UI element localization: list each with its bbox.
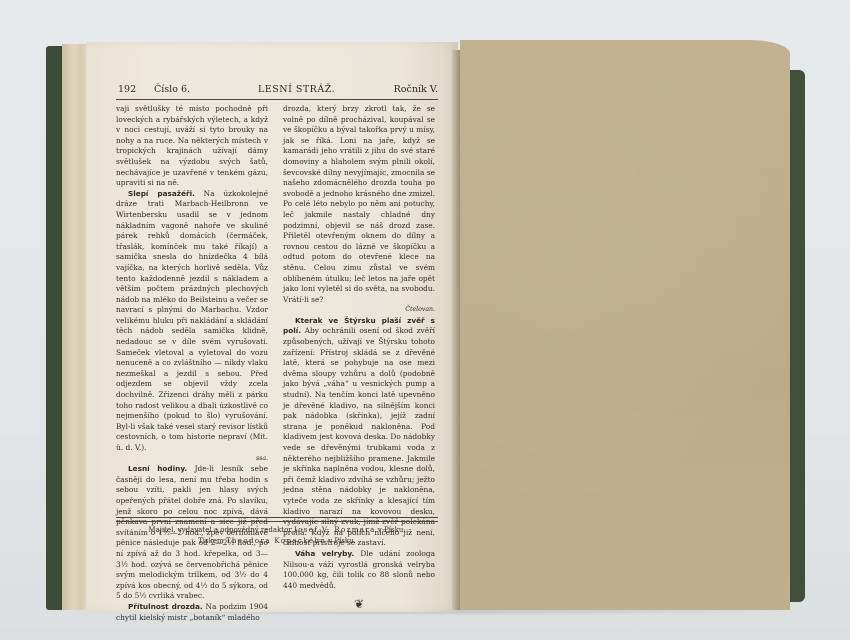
footer-double-rule: [116, 517, 438, 522]
volume-label: Ročník V.: [394, 84, 438, 95]
paragraph: vaji světlušky té místo pochodně při lov…: [116, 104, 268, 189]
article-signature: Čtelovan.: [283, 305, 435, 316]
article-heading: Lesní hodiny.: [128, 464, 187, 473]
imprint-line-1: Majitel, vydavatel a odpovědný redaktor …: [116, 525, 438, 536]
article-heading: Přítulnost drozda.: [128, 602, 203, 611]
right-endpaper: [460, 40, 790, 610]
periodical-title: LESNÍ STRÁŽ.: [258, 84, 335, 95]
article-vaha-velryby: Váha velryby. Dle udání zoologa Nilsou-a…: [283, 549, 435, 591]
article-heading: Slepí pasažéři.: [128, 189, 195, 198]
article-signature: ssa.: [116, 454, 268, 465]
header-rule: [116, 99, 438, 100]
article-pritulnost-drozda: Přítulnost drozda. Na podzim 1904 chytil…: [116, 602, 268, 623]
page-number: 192: [118, 84, 136, 95]
ornament-icon: ❦: [283, 599, 435, 610]
article-styrsko: Kterak ve Štýrsku plaší zvěř s polí. Aby…: [283, 316, 435, 549]
imprint-line-2: Tiskem Theodora Kopeckého v Písku.: [116, 536, 438, 547]
paragraph: drozda, který brzy zkrotl tak, že se vol…: [283, 104, 435, 305]
article-heading: Váha velryby.: [295, 549, 354, 558]
article-slepi-pasazeri: Slepí pasažéři. Na úzkokolejné dráze tra…: [116, 189, 268, 454]
issue-number: Číslo 6.: [154, 84, 190, 95]
running-header: 192 Číslo 6. LESNÍ STRÁŽ. Ročník V.: [118, 84, 434, 98]
imprint-footer: Majitel, vydavatel a odpovědný redaktor …: [116, 525, 438, 546]
